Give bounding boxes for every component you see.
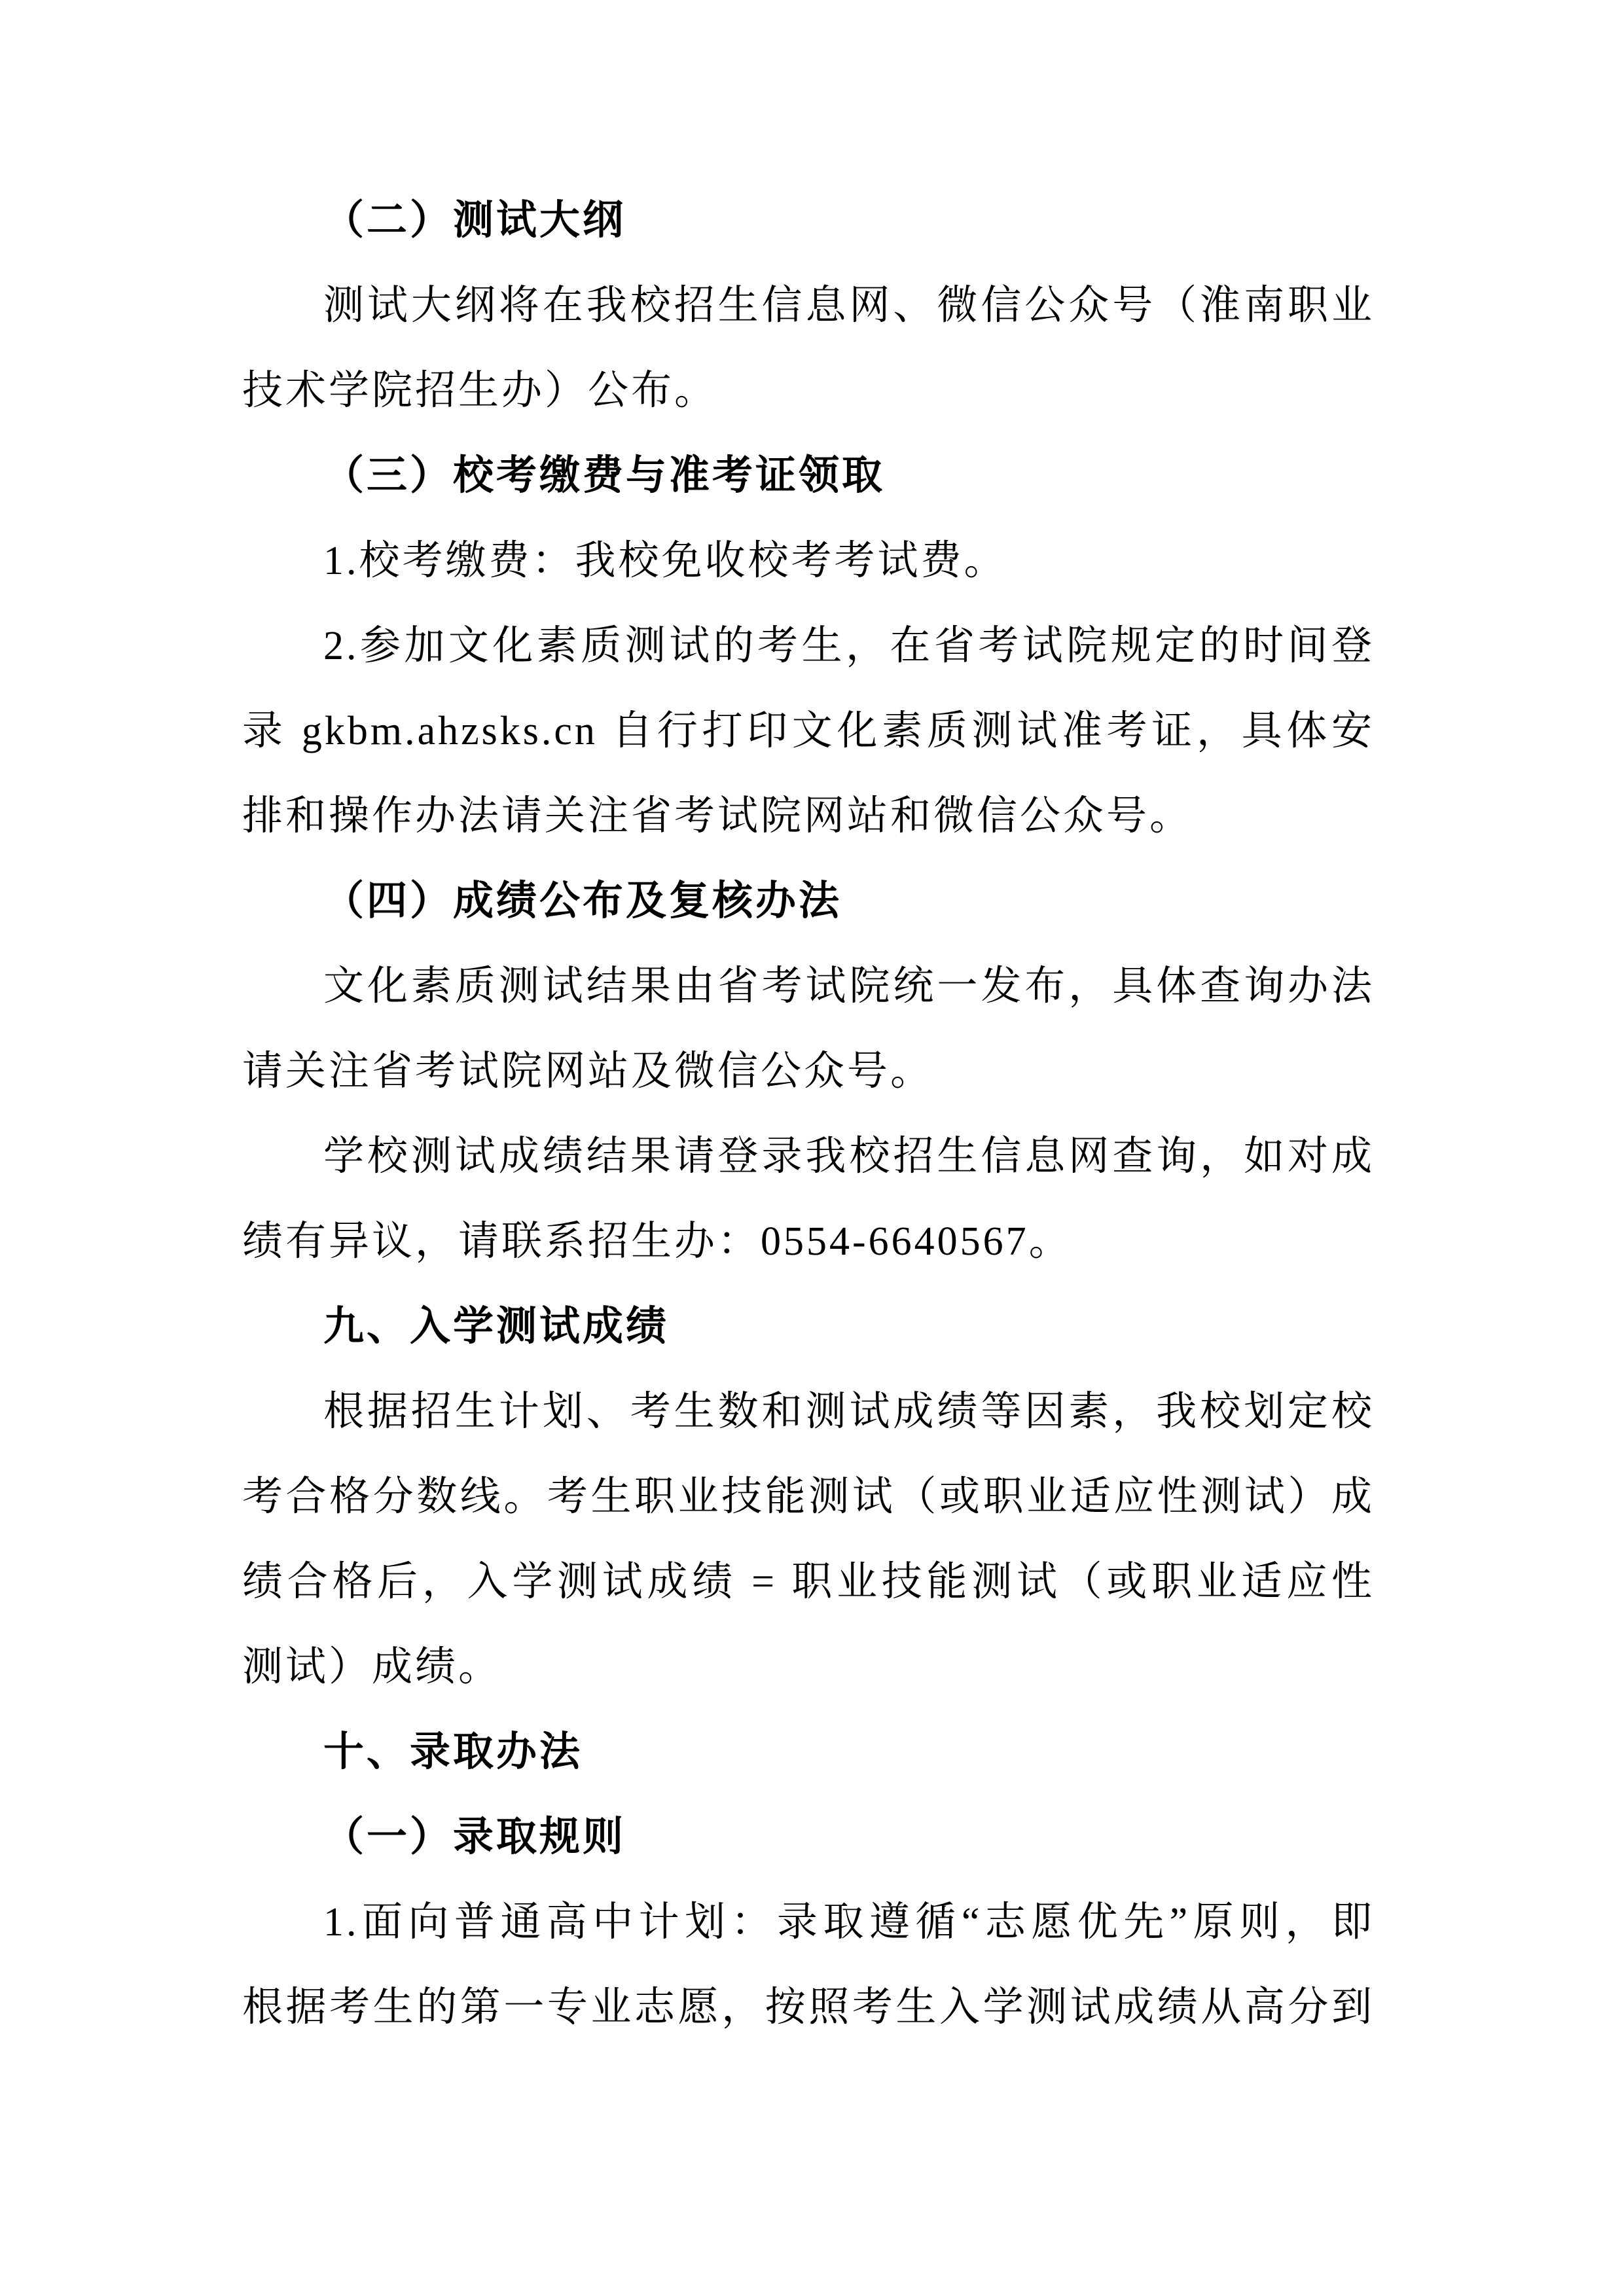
para-admission-rule-line-2: 根据考生的第一专业志愿，按照考生入学测试成绩从高分到	[242, 1965, 1375, 2050]
para-admission-rule-line-1: 1.面向普通高中计划：录取遵循“志愿优先”原则，即	[242, 1880, 1375, 1965]
para-score-line-2: 考合格分数线。考生职业技能测试（或职业适应性测试）成	[242, 1454, 1375, 1539]
para-test-outline-line-2: 技术学院招生办）公布。	[242, 348, 1375, 433]
para-score-release-line-2: 请关注省考试院网站及微信公众号。	[242, 1029, 1375, 1114]
para-score-line-3: 绩合格后，入学测试成绩 = 职业技能测试（或职业适应性	[242, 1539, 1375, 1624]
para-score-release-line-1: 文化素质测试结果由省考试院统一发布，具体查询办法	[242, 944, 1375, 1029]
para-culture-test-line-3: 排和操作办法请关注省考试院网站和微信公众号。	[242, 774, 1375, 859]
document-page: （二）测试大纲 测试大纲将在我校招生信息网、微信公众号（淮南职业 技术学院招生办…	[0, 0, 1624, 2296]
para-score-line-4: 测试）成绩。	[242, 1624, 1375, 1710]
heading-admission-method: 十、录取办法	[242, 1710, 1375, 1795]
heading-exam-fee-and-ticket: （三）校考缴费与准考证领取	[242, 433, 1375, 518]
heading-admission-test-score: 九、入学测试成绩	[242, 1284, 1375, 1369]
para-school-score-query-line-1: 学校测试成绩结果请登录我校招生信息网查询，如对成	[242, 1114, 1375, 1199]
para-test-outline-line-1: 测试大纲将在我校招生信息网、微信公众号（淮南职业	[242, 263, 1375, 348]
document-content: （二）测试大纲 测试大纲将在我校招生信息网、微信公众号（淮南职业 技术学院招生办…	[242, 178, 1375, 2050]
para-culture-test-line-2: 录 gkbm.ahzsks.cn 自行打印文化素质测试准考证，具体安	[242, 689, 1375, 774]
para-school-score-query-line-2: 绩有异议，请联系招生办：0554-6640567。	[242, 1199, 1375, 1284]
heading-score-publication-review: （四）成绩公布及复核办法	[242, 859, 1375, 944]
para-exam-fee: 1.校考缴费：我校免收校考考试费。	[242, 518, 1375, 603]
heading-test-outline: （二）测试大纲	[242, 178, 1375, 263]
para-culture-test-line-1: 2.参加文化素质测试的考生，在省考试院规定的时间登	[242, 603, 1375, 689]
heading-admission-rules: （一）录取规则	[242, 1795, 1375, 1880]
para-score-line-1: 根据招生计划、考生数和测试成绩等因素，我校划定校	[242, 1369, 1375, 1454]
